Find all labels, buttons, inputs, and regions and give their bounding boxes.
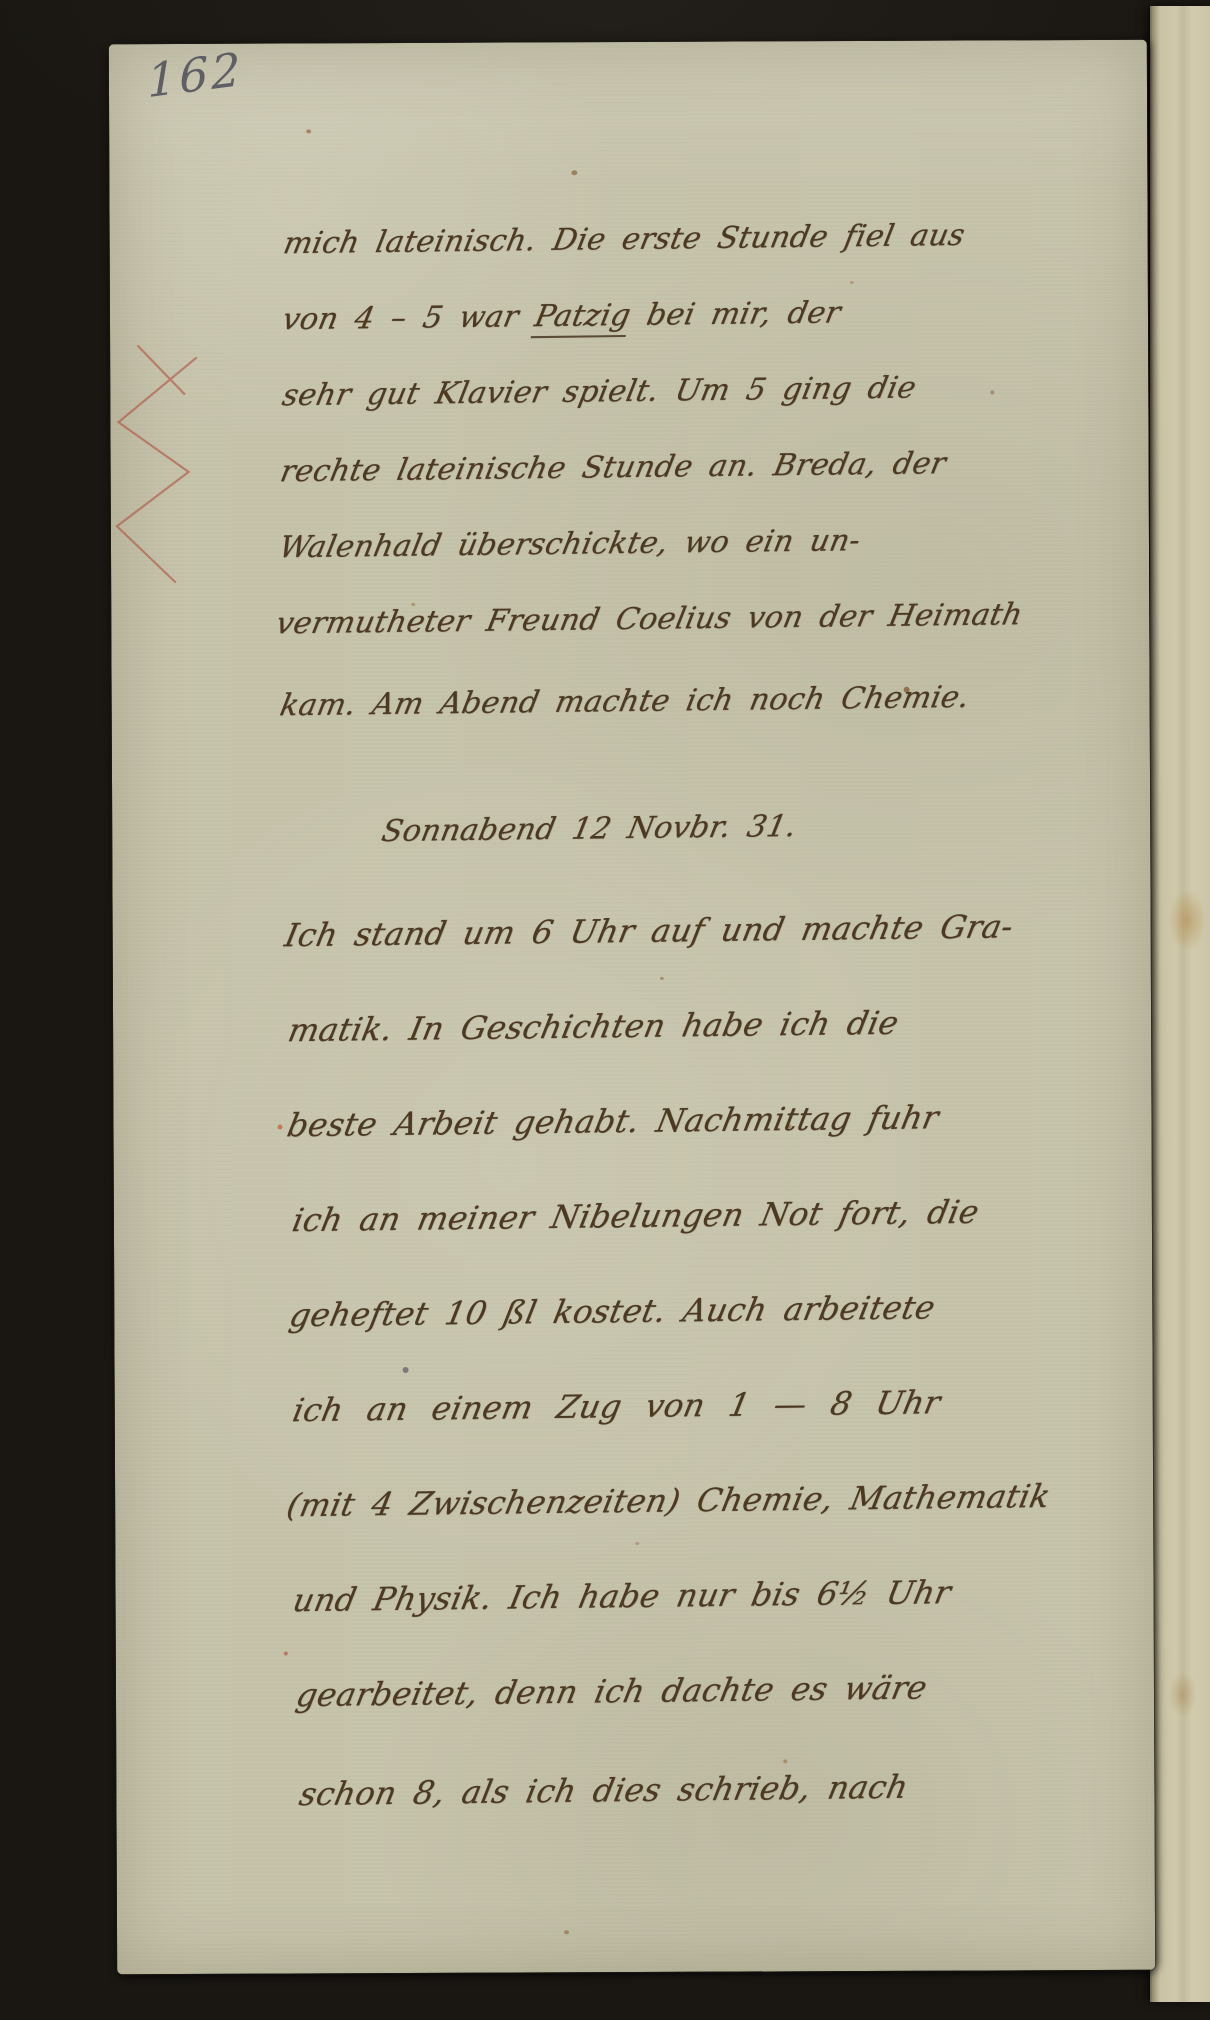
underlined-word: Patzig [531,298,634,338]
handwritten-line: (mit 4 Zwischenzeiten) Chemie, Mathemati… [284,1480,1053,1521]
handwritten-line: sehr gut Klavier spielt. Um 5 ging die [280,373,919,411]
handwritten-line: beste Arbeit gehabt. Nachmittag fuhr [285,1101,942,1141]
line-text: von 4 – 5 war [279,299,538,337]
handwritten-line: ich an einem Zug von 1 — 8 Uhr [290,1386,943,1426]
handwritten-line: ich an meiner Nibelungen Not fort, die [290,1196,982,1236]
scan-background: 162 mich lateinisch. Die erste Stunde fi… [0,0,1210,2020]
line-text: bei mir, der [627,295,844,333]
handwritten-line: matik. In Geschichten habe ich die [285,1007,901,1047]
handwritten-line: und Physik. Ich habe nur bis 6½ Uhr [290,1576,953,1616]
handwritten-text-block: mich lateinisch. Die erste Stunde fiel a… [101,36,1163,1979]
handwritten-line: von 4 – 5 war Patzig bei mir, der [280,298,843,335]
handwritten-line: Walenhald überschickte, wo ein un- [277,526,863,563]
manuscript-page: 162 mich lateinisch. Die erste Stunde fi… [109,40,1155,1975]
handwritten-line: gearbeitet, denn ich dachte es wäre [294,1671,930,1711]
handwritten-line: kam. Am Abend machte ich noch Chemie. [277,683,971,721]
handwritten-line: geheftet 10 ßl kostet. Auch arbeitete [287,1291,938,1331]
handwritten-line: schon 8, als ich dies schrieb, nach [297,1771,911,1811]
entry-date-heading: Sonnabend 12 Novbr. 31. [379,812,799,847]
handwritten-line: mich lateinisch. Die erste Stunde fiel a… [281,221,967,259]
handwritten-line: vermutheter Freund Coelius von der Heima… [273,600,1025,639]
handwritten-line: rechte lateinische Stunde an. Breda, der [278,449,949,487]
handwritten-line: Ich stand um 6 Uhr auf und machte Gra- [282,910,1016,951]
